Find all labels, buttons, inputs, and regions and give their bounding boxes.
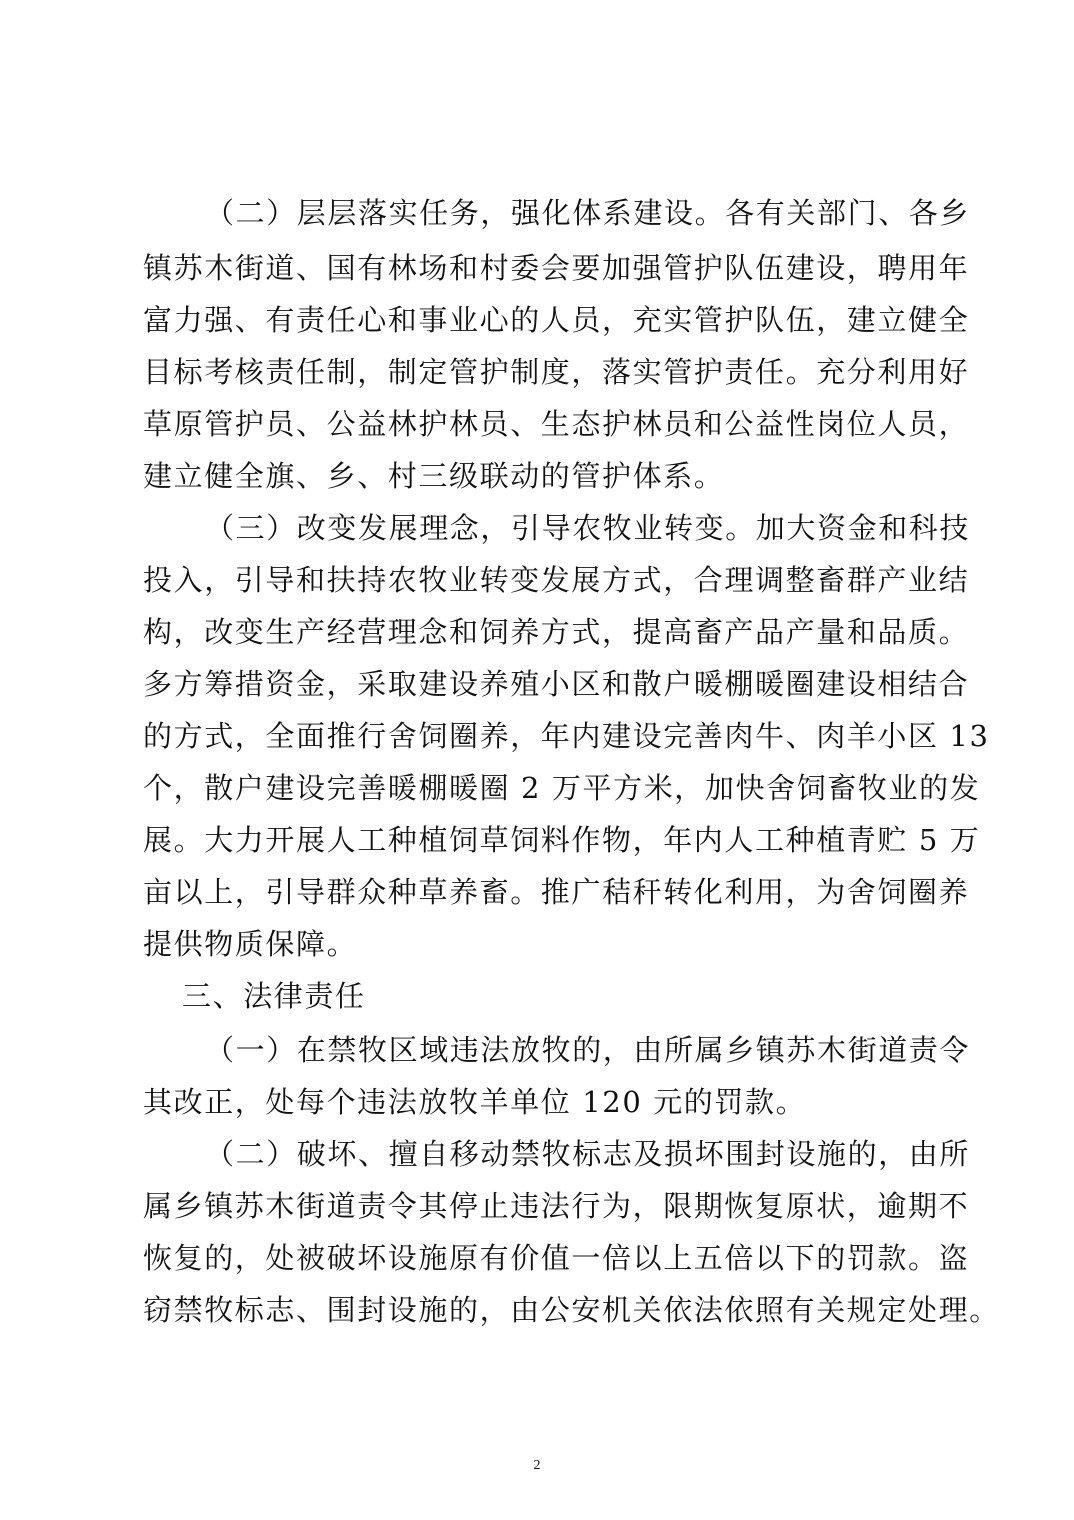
paragraph-2-line-5: 草原管护员、公益林护林员、生态护林员和公益性岗位人员， — [143, 404, 933, 444]
paragraph-3-line-6: 个，散户建设完善暖棚暖圈 2 万平方米，加快舍饲畜牧业的发 — [143, 768, 933, 808]
clause-2-line-2: 属乡镇苏木街道责令其停止违法行为，限期恢复原状，逾期不 — [143, 1186, 933, 1226]
paragraph-3-line-8: 亩以上，引导群众种草养畜。推广秸秆转化利用，为舍饲圈养 — [143, 872, 933, 912]
paragraph-3-line-9: 提供物质保障。 — [143, 924, 933, 964]
paragraph-2-line-3: 富力强、有责任心和事业心的人员，充实管护队伍，建立健全 — [143, 300, 933, 340]
paragraph-2-line-2: 镇苏木街道、国有林场和村委会要加强管护队伍建设，聘用年 — [143, 248, 933, 288]
paragraph-3-line-7: 展。大力开展人工种植饲草饲料作物，年内人工种植青贮 5 万 — [143, 820, 933, 860]
paragraph-3-line-1: （三）改变发展理念，引导农牧业转变。加大资金和科技 — [205, 508, 995, 548]
paragraph-3-line-5: 的方式，全面推行舍饲圈养，年内建设完善肉牛、肉羊小区 13 — [143, 716, 933, 756]
section-heading: 三、法律责任 — [182, 976, 972, 1016]
clause-2-line-3: 恢复的，处被破坏设施原有价值一倍以上五倍以下的罚款。盗 — [143, 1238, 933, 1278]
page-number: 2 — [0, 1458, 1074, 1474]
clause-1-line-2: 其改正，处每个违法放牧羊单位 120 元的罚款。 — [143, 1082, 933, 1122]
paragraph-3-line-2: 投入，引导和扶持农牧业转变发展方式，合理调整畜群产业结 — [143, 560, 933, 600]
paragraph-2-line-4: 目标考核责任制，制定管护制度，落实管护责任。充分利用好 — [143, 352, 933, 392]
paragraph-3-line-3: 构，改变生产经营理念和饲养方式，提高畜产品产量和品质。 — [143, 612, 933, 652]
document-page: （二）层层落实任务，强化体系建设。各有关部门、各乡 镇苏木街道、国有林场和村委会… — [0, 0, 1074, 1520]
paragraph-2-line-1: （二）层层落实任务，强化体系建设。各有关部门、各乡 — [205, 193, 995, 233]
clause-1-line-1: （一）在禁牧区域违法放牧的，由所属乡镇苏木街道责令 — [205, 1030, 995, 1070]
clause-2-line-1: （二）破坏、擅自移动禁牧标志及损坏围封设施的，由所 — [205, 1134, 995, 1174]
clause-2-line-4: 窃禁牧标志、围封设施的，由公安机关依法依照有关规定处理。 — [143, 1290, 933, 1330]
paragraph-3-line-4: 多方筹措资金，采取建设养殖小区和散户暖棚暖圈建设相结合 — [143, 664, 933, 704]
paragraph-2-line-6: 建立健全旗、乡、村三级联动的管护体系。 — [143, 456, 933, 496]
